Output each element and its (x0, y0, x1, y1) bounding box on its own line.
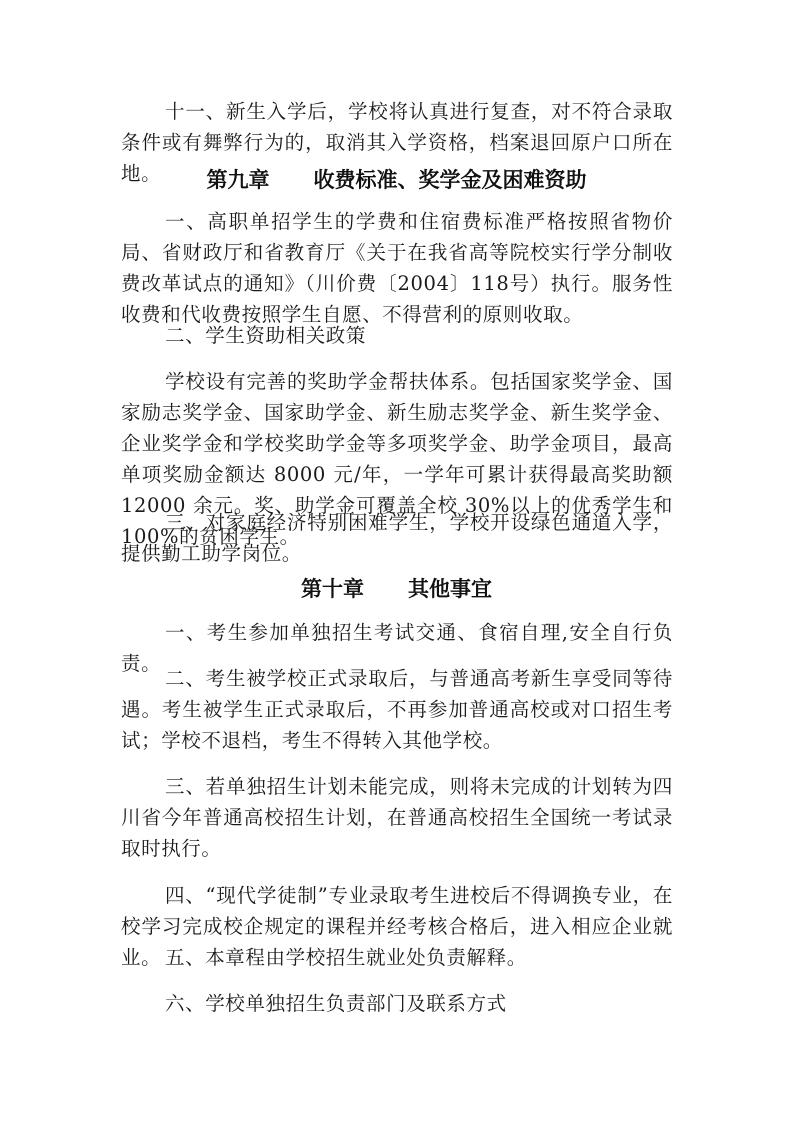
paragraph-text: 二、学生资助相关政策 (121, 320, 673, 351)
paragraph-text: 三、若单独招生计划未能完成，则将未完成的计划转为四川省今年普通高校招生计划，在普… (121, 771, 673, 864)
paragraph-green-channel: 三、对家庭经济特别困难学生，学校开设绿色通道入学，提供勤工助学岗位。 (121, 507, 673, 569)
paragraph-contact-department: 六、学校单独招生负责部门及联系方式 (121, 988, 673, 1019)
paragraph-text: 一、高职单招学生的学费和住宿费标准严格按照省物价局、省财政厅和省教育厅《关于在我… (121, 206, 673, 330)
chapter-number: 第十章 (301, 577, 364, 601)
paragraph-text: 三、对家庭经济特别困难学生，学校开设绿色通道入学，提供勤工助学岗位。 (121, 507, 673, 569)
chapter-10-heading: 第十章其他事宜 (0, 575, 793, 603)
paragraph-text: 二、考生被学校正式录取后，与普通高考新生享受同等待遇。考生被学生正式录取后，不再… (121, 663, 673, 756)
paragraph-text: 五、本章程由学校招生就业处负责解释。 (121, 942, 673, 973)
chapter-9-heading: 第九章收费标准、奖学金及困难资助 (0, 166, 793, 194)
chapter-number: 第九章 (207, 168, 270, 192)
paragraph-aid-policy-title: 二、学生资助相关政策 (121, 320, 673, 351)
paragraph-fees: 一、高职单招学生的学费和住宿费标准严格按照省物价局、省财政厅和省教育厅《关于在我… (121, 206, 673, 330)
paragraph-unfilled-plan: 三、若单独招生计划未能完成，则将未完成的计划转为四川省今年普通高校招生计划，在普… (121, 771, 673, 864)
paragraph-admission-status: 二、考生被学校正式录取后，与普通高考新生享受同等待遇。考生被学生正式录取后，不再… (121, 663, 673, 756)
paragraph-text: 六、学校单独招生负责部门及联系方式 (121, 988, 673, 1019)
document-page: 十一、新生入学后，学校将认真进行复查，对不符合录取条件或有舞弊行为的，取消其入学… (0, 0, 793, 1122)
chapter-title: 其他事宜 (408, 577, 492, 601)
paragraph-interpretation: 五、本章程由学校招生就业处负责解释。 (121, 942, 673, 973)
chapter-title: 收费标准、奖学金及困难资助 (314, 168, 587, 192)
